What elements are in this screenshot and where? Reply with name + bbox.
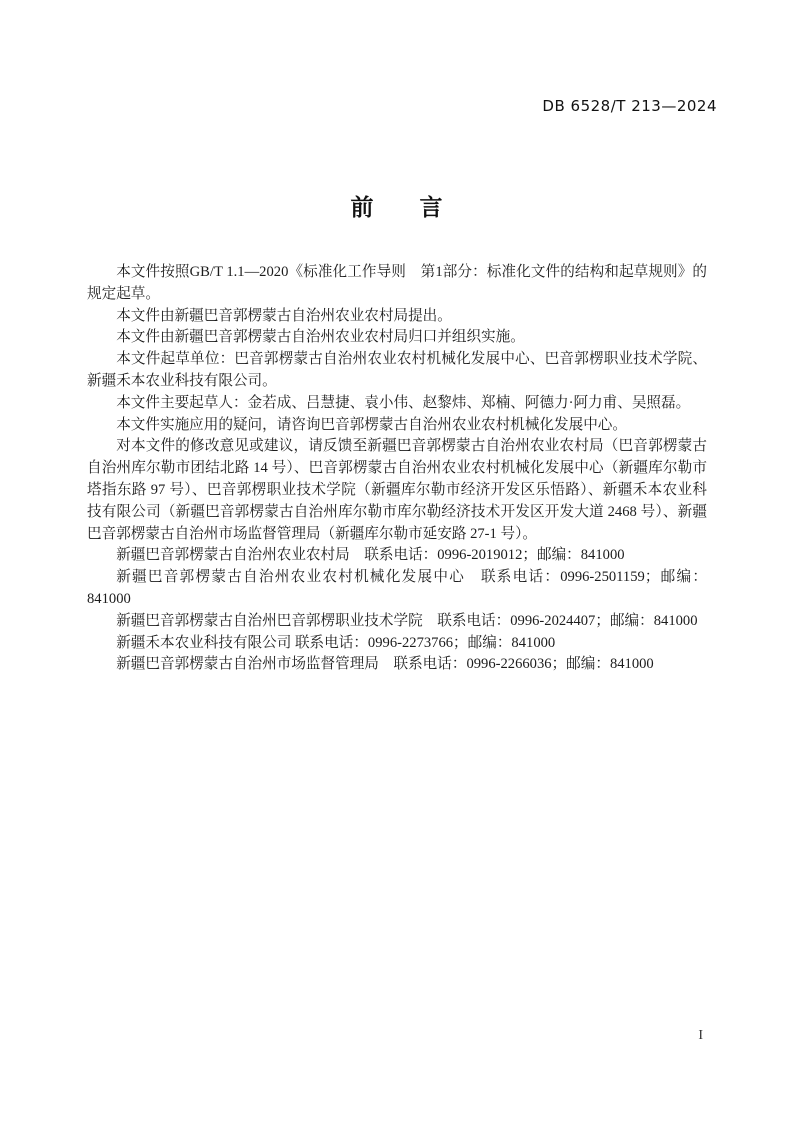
paragraph-feedback-addresses: 对本文件的修改意见或建议，请反馈至新疆巴音郭楞蒙古自治州农业农村局（巴音郭楞蒙古…	[87, 436, 707, 545]
standard-number: DB 6528/T 213—2024	[542, 97, 717, 115]
foreword-title: 前 言	[0, 189, 793, 222]
contact-line-heben-company: 新疆禾本农业科技有限公司 联系电话：0996-2273766；邮编：841000	[87, 633, 707, 655]
paragraph-implementation-inquiry: 本文件实施应用的疑问，请咨询巴音郭楞蒙古自治州农业农村机械化发展中心。	[87, 415, 707, 437]
paragraph-administered-by: 本文件由新疆巴音郭楞蒙古自治州农业农村局归口并组织实施。	[87, 327, 707, 349]
foreword-body: 本文件按照GB/T 1.1—2020《标准化工作导则 第1部分：标准化文件的结构…	[87, 262, 707, 676]
paragraph-drafting-rules: 本文件按照GB/T 1.1—2020《标准化工作导则 第1部分：标准化文件的结构…	[87, 262, 707, 306]
paragraph-proposed-by: 本文件由新疆巴音郭楞蒙古自治州农业农村局提出。	[87, 306, 707, 328]
contact-line-mechanization-center: 新疆巴音郭楞蒙古自治州农业农村机械化发展中心 联系电话：0996-2501159…	[87, 567, 707, 611]
paragraph-main-drafters: 本文件主要起草人：金若成、吕慧捷、袁小伟、赵黎炜、郑楠、阿德力·阿力甫、吴照磊。	[87, 393, 707, 415]
contact-line-market-regulation-bureau: 新疆巴音郭楞蒙古自治州市场监督管理局 联系电话：0996-2266036；邮编：…	[87, 654, 707, 676]
page-number: I	[698, 1028, 703, 1044]
paragraph-drafting-organizations: 本文件起草单位：巴音郭楞蒙古自治州农业农村机械化发展中心、巴音郭楞职业技术学院、…	[87, 349, 707, 393]
document-page: DB 6528/T 213—2024 前 言 本文件按照GB/T 1.1—202…	[0, 0, 793, 1122]
contact-line-agriculture-bureau: 新疆巴音郭楞蒙古自治州农业农村局 联系电话：0996-2019012；邮编：84…	[87, 545, 707, 567]
contact-line-vocational-college: 新疆巴音郭楞蒙古自治州巴音郭楞职业技术学院 联系电话：0996-2024407；…	[87, 611, 707, 633]
